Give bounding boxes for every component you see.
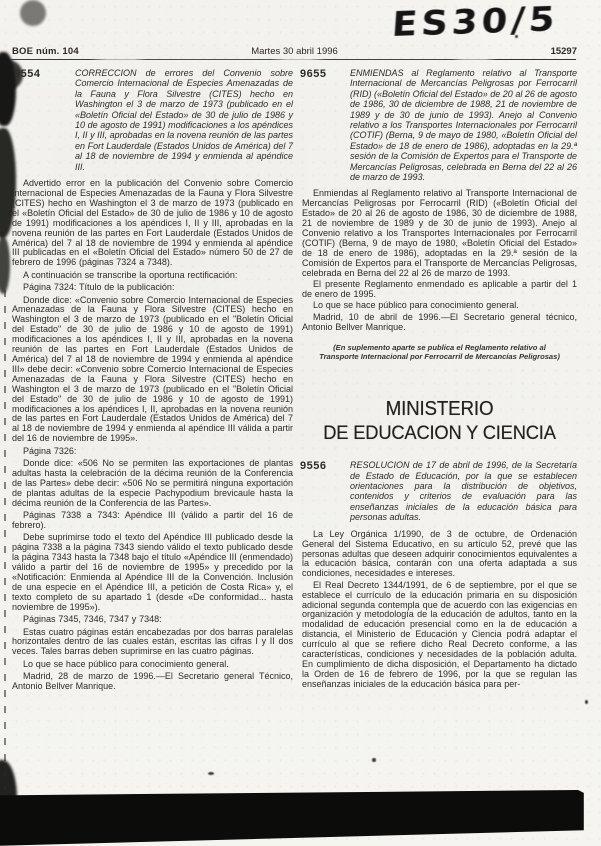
right-column: 9655 ENMIENDAS al Reglamento relativo al… — [302, 68, 577, 694]
paragraph: Donde dice: «Convenio sobre Comercio Int… — [12, 296, 293, 445]
binding-smudge — [0, 236, 10, 294]
paragraph: Madrid, 28 de marzo de 1996.—El Secretar… — [12, 672, 293, 692]
item-9556-title: RESOLUCION de 17 de abril de 1996, de la… — [350, 460, 577, 522]
item-9554-title: CORRECCION de errores del Convenio sobre… — [75, 68, 293, 172]
paragraph: Advertido error en la publicación del Co… — [12, 179, 293, 268]
scan-speck — [372, 758, 376, 762]
scan-speck — [585, 700, 588, 704]
scan-speck — [208, 772, 214, 775]
paragraph: Lo que se hace público para conocimiento… — [302, 301, 577, 311]
paragraph: Página 7326: — [12, 447, 293, 457]
paragraph: Madrid, 10 de abril de 1996.—El Secretar… — [302, 313, 577, 333]
item-9554-heading: 9554 CORRECCION de errores del Convenio … — [12, 68, 293, 172]
binding-smudge — [20, 0, 46, 26]
item-9655-title: ENMIENDAS al Reglamento relativo al Tran… — [350, 68, 577, 182]
item-9655-number: 9655 — [300, 68, 349, 182]
header-date: Martes 30 abril 1996 — [12, 46, 577, 57]
ministry-section-heading: MINISTERIO DE EDUCACION Y CIENCIA — [310, 397, 569, 445]
two-column-body: 9554 CORRECCION de errores del Convenio … — [12, 68, 577, 694]
ministry-heading-line2: DE EDUCACION Y CIENCIA — [310, 421, 569, 445]
item-9655-body: Enmiendas al Reglamento relativo al Tran… — [302, 189, 577, 332]
scanned-gazette-page: ES30/5 BOE núm. 104 Martes 30 abril 1996… — [0, 0, 601, 846]
paragraph: A continuación se transcribe la oportuna… — [12, 271, 293, 281]
left-column: 9554 CORRECCION de errores del Convenio … — [12, 68, 293, 694]
header-rule — [10, 59, 576, 60]
paragraph: Estas cuatro páginas están encabezadas p… — [12, 628, 293, 658]
paragraph: El presente Reglamento enmendado es apli… — [302, 280, 577, 300]
supplement-note: (En suplemento aparte se publica el Regl… — [316, 343, 563, 362]
paragraph: El Real Decreto 1344/1991, de 6 de septi… — [302, 581, 577, 690]
header-page-number: 15297 — [551, 46, 577, 57]
paragraph: Enmiendas al Reglamento relativo al Tran… — [302, 189, 577, 278]
paragraph: Donde dice: «506 No se permiten las expo… — [12, 459, 293, 509]
item-9556-number: 9556 — [300, 460, 349, 522]
paragraph: Páginas 7345, 7346, 7347 y 7348: — [12, 615, 293, 625]
paragraph: La Ley Orgánica 1/1990, de 3 de octubre,… — [302, 530, 577, 580]
paragraph: Lo que se hace público para conocimiento… — [12, 660, 293, 670]
handwritten-annotation: ES30/5 — [391, 0, 560, 44]
scan-black-bar-artifact — [0, 787, 584, 846]
item-9556-heading: 9556 RESOLUCION de 17 de abril de 1996, … — [302, 460, 577, 522]
paragraph: Página 7324: Título de la publicación: — [12, 283, 293, 293]
paragraph: Páginas 7338 a 7343: Apéndice III (válid… — [12, 511, 293, 531]
ministry-heading-line1: MINISTERIO — [310, 397, 569, 421]
item-9655-heading: 9655 ENMIENDAS al Reglamento relativo al… — [302, 68, 577, 182]
page-header: BOE núm. 104 Martes 30 abril 1996 15297 — [12, 46, 577, 57]
item-9556-body: La Ley Orgánica 1/1990, de 3 de octubre,… — [302, 530, 577, 690]
item-9554-number: 9554 — [14, 68, 66, 172]
paragraph: Debe suprimirse todo el texto del Apéndi… — [12, 533, 293, 612]
binding-crease-line — [4, 290, 6, 790]
item-9556-block: 9556 RESOLUCION de 17 de abril de 1996, … — [302, 460, 577, 689]
item-9554-body: Advertido error en la publicación del Co… — [12, 179, 293, 692]
